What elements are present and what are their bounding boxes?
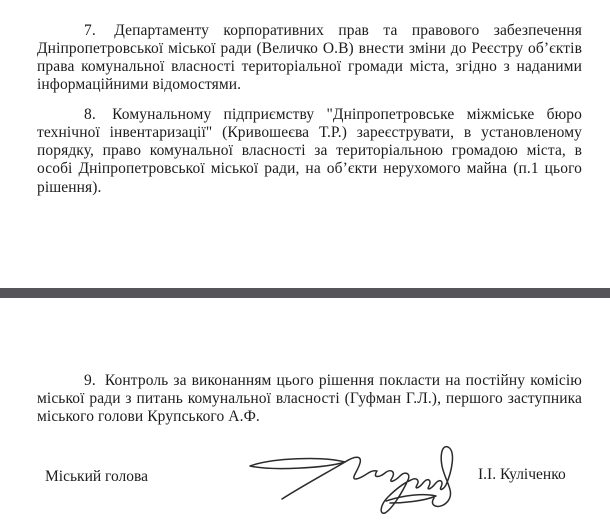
paragraph-8-text: Комунальному підприємству "Дніпропетровс… [37,106,582,196]
paragraph-9-text: Контроль за виконанням цього рішення пок… [37,372,582,426]
paragraph-8-number: 8. [84,106,96,123]
paragraph-7-text: Департаменту корпоративних прав та право… [37,22,582,94]
handwritten-signature-icon [244,435,484,521]
scan-separator-bar [0,288,610,298]
document-page: 7. Департаменту корпоративних прав та пр… [0,0,610,523]
paragraph-7: 7. Департаменту корпоративних прав та пр… [37,22,582,95]
paragraph-7-number: 7. [84,22,96,39]
paragraph-8: 8. Комунальному підприємству "Дніпропетр… [37,106,582,197]
signature-role-title: Міський голова [45,468,148,486]
signature-signer-name: І.І. Куліченко [478,466,566,484]
paragraph-9: 9. Контроль за виконанням цього рішення … [37,372,582,427]
paragraph-9-number: 9. [84,372,96,389]
